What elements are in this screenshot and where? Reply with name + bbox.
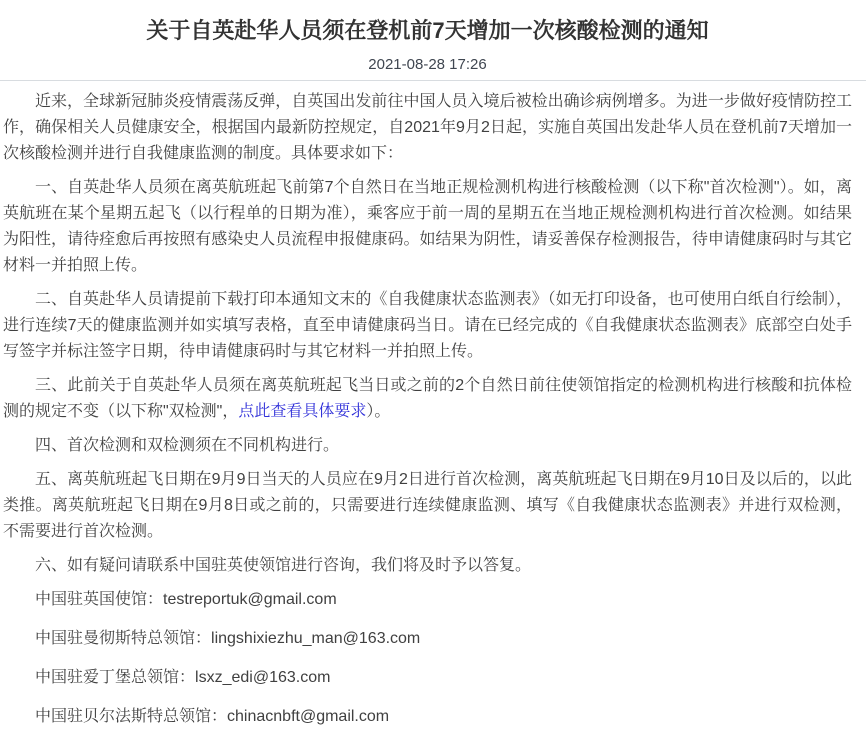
contact-email: lsxz_edi@163.com [195, 669, 330, 686]
contact-line: 中国驻贝尔法斯特总领馆：chinacnbft@gmail.com [3, 704, 852, 730]
contact-line: 中国驻爱丁堡总领馆：lsxz_edi@163.com [3, 665, 852, 691]
publish-datetime: 2021-08-28 17:26 [3, 55, 852, 75]
embassy-contacts: 中国驻英国使馆：testreportuk@gmail.com中国驻曼彻斯特总领馆… [3, 587, 852, 730]
contact-line: 中国驻曼彻斯特总领馆：lingshixiezhu_man@163.com [3, 626, 852, 652]
contact-email: testreportuk@gmail.com [163, 591, 337, 608]
notice-section-4: 四、首次检测和双检测须在不同机构进行。 [3, 433, 852, 459]
notice-body: 近来，全球新冠肺炎疫情震荡反弹，自英国出发前往中国人员入境后被检出确诊病例增多。… [3, 89, 852, 730]
notice-section-3: 三、此前关于自英赴华人员须在离英航班起飞当日或之前的2个自然日前往使领馆指定的检… [3, 373, 852, 425]
section-text-before-link: 三、此前关于自英赴华人员须在离英航班起飞当日或之前的2个自然日前往使领馆指定的检… [3, 377, 852, 420]
contact-line: 中国驻英国使馆：testreportuk@gmail.com [3, 587, 852, 613]
double-test-requirements-link[interactable]: 点此查看具体要求 [238, 403, 366, 420]
contact-email: lingshixiezhu_man@163.com [211, 630, 420, 647]
contact-label: 中国驻贝尔法斯特总领馆： [35, 708, 227, 725]
notice-page: 关于自英赴华人员须在登机前7天增加一次核酸检测的通知 2021-08-28 17… [0, 0, 866, 730]
contact-label: 中国驻爱丁堡总领馆： [35, 669, 195, 686]
section-text-after-link: ）。 [366, 403, 390, 420]
notice-section-5: 五、离英航班起飞日期在9月9日当天的人员应在9月2日进行首次检测，离英航班起飞日… [3, 467, 852, 545]
header-divider [0, 80, 866, 81]
notice-section-6: 六、如有疑问请联系中国驻英使领馆进行咨询，我们将及时予以答复。 [3, 553, 852, 579]
contact-label: 中国驻曼彻斯特总领馆： [35, 630, 211, 647]
intro-paragraph: 近来，全球新冠肺炎疫情震荡反弹，自英国出发前往中国人员入境后被检出确诊病例增多。… [3, 89, 852, 167]
contact-label: 中国驻英国使馆： [35, 591, 163, 608]
page-title: 关于自英赴华人员须在登机前7天增加一次核酸检测的通知 [3, 16, 852, 46]
notice-section-2: 二、自英赴华人员请提前下载打印本通知文末的《自我健康状态监测表》（如无打印设备，… [3, 287, 852, 365]
notice-section-1: 一、自英赴华人员须在离英航班起飞前第7个自然日在当地正规检测机构进行核酸检测（以… [3, 175, 852, 279]
contact-email: chinacnbft@gmail.com [227, 708, 389, 725]
